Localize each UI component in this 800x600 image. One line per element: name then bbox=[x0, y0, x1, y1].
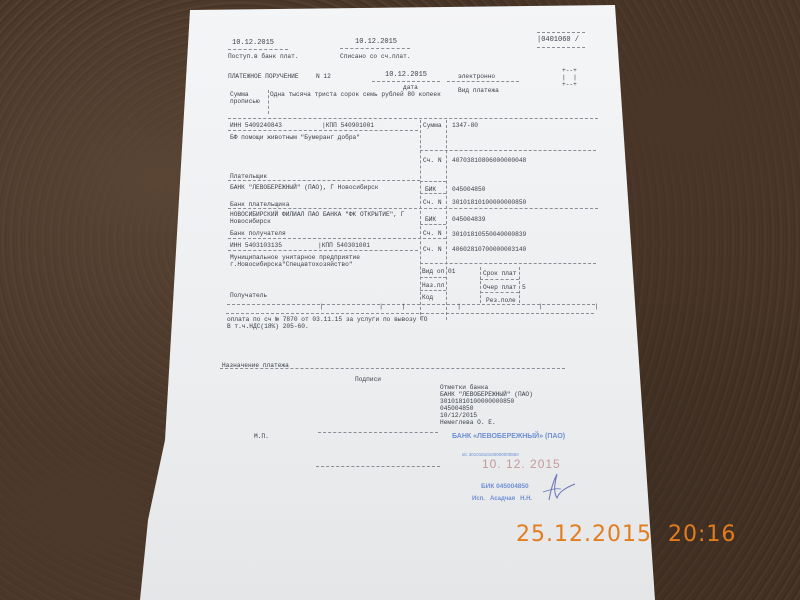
payee-label: Получатель bbox=[230, 292, 267, 299]
debited-label: Списано со сч.плат. bbox=[340, 53, 411, 60]
op-type-label: Вид оп bbox=[422, 268, 444, 275]
due-label: Срок плат bbox=[483, 270, 516, 277]
payer-amount-label: Сумма bbox=[423, 122, 442, 129]
payee-bank-bik-label: БИК bbox=[425, 216, 436, 223]
code-label: Код bbox=[422, 294, 433, 301]
payer-bank-label: Банк плательщика bbox=[230, 201, 289, 208]
received-label: Поступ.в банк плат. bbox=[228, 53, 299, 60]
stamp-date: 10. 12. 2015 bbox=[482, 461, 561, 468]
received-date: 10.12.2015 bbox=[232, 40, 274, 47]
payer-bank-account-label: Сч. N bbox=[423, 199, 442, 206]
payment-type: электронно bbox=[458, 73, 495, 80]
payee-bank-name: НОВОСИБИРСКИЙ ФИЛИАЛ ПАО БАНКА "ФК ОТКРЫ… bbox=[230, 211, 405, 225]
priority: 5 bbox=[522, 284, 526, 291]
purpose: оплата по сч № 7870 от 03.11.15 за услуг… bbox=[227, 316, 428, 330]
debited-date: 10.12.2015 bbox=[355, 39, 397, 46]
op-type: 01 bbox=[448, 268, 455, 275]
signature-icon bbox=[535, 470, 580, 506]
order-title: ПЛАТЕЖНОЕ ПОРУЧЕНИЕ bbox=[228, 73, 299, 80]
order-number: N 12 bbox=[316, 73, 331, 80]
stamp-bank: БАНК «ЛЕВОБЕРЕЖНЫЙ» (ПАО) bbox=[452, 433, 565, 440]
payee-kpp: |КПП 540301001 bbox=[318, 242, 370, 249]
payer-kpp: |КПП 540901001 bbox=[322, 122, 374, 129]
row-separators: | | | | | | bbox=[227, 303, 598, 310]
bank-marks: Отметки банка БАНК "ЛЕВОБЕРЕЖНЫЙ" (ПАО) … bbox=[440, 384, 533, 426]
payer-account-label: Сч. N bbox=[423, 157, 442, 164]
payer-amount: 1347-80 bbox=[452, 122, 478, 129]
payee-bank-account-label: Сч. N bbox=[423, 230, 442, 237]
payee-name: Муниципальное унитарное предприятие г.Но… bbox=[230, 254, 360, 268]
payee-account: 40602810700000003140 bbox=[452, 246, 526, 253]
priority-label: Очер плат bbox=[483, 284, 516, 291]
order-date-label: дата bbox=[403, 84, 418, 91]
form-code: |0401060 / bbox=[537, 37, 579, 44]
photo-timestamp: 25.12.2015 20:16 bbox=[516, 522, 736, 547]
purpose-code-label: Наз.пл bbox=[422, 282, 444, 289]
payer-bank-bik: 045004850 bbox=[452, 186, 485, 193]
seal-label: М.П. bbox=[254, 433, 269, 440]
payer-label: Плательщик bbox=[230, 173, 267, 180]
status-box: +--+ | | +--+ bbox=[562, 67, 577, 88]
payer-name: БФ помощи животным "Бумеранг добра" bbox=[230, 134, 360, 141]
stamp-executor: Исп. Асадчая Н.Н. bbox=[472, 496, 532, 503]
order-date: 10.12.2015 bbox=[385, 72, 427, 79]
payer-bank-bik-label: БИК bbox=[425, 186, 436, 193]
payer-account: 40703810806000000048 bbox=[452, 157, 526, 164]
payee-bank-account: 30101810550040000839 bbox=[452, 231, 526, 238]
payer-bank-account: 30101810100000000850 bbox=[452, 199, 526, 206]
payment-type-label: Вид платежа bbox=[458, 87, 499, 94]
stamp-bik: БИК 045004850 bbox=[481, 483, 529, 490]
payee-bank-bik: 045004839 bbox=[452, 216, 485, 223]
amount-words: Одна тысяча триста сорок семь рублей 80 … bbox=[270, 91, 441, 98]
amount-words-label: Сумма прописью bbox=[230, 91, 260, 105]
payee-inn: ИНН 5403103135 bbox=[230, 242, 282, 249]
payer-bank-name: БАНК "ЛЕВОБЕРЕЖНЫЙ" (ПАО), Г Новосибирск bbox=[230, 184, 379, 191]
payee-bank-label: Банк получателя bbox=[230, 230, 286, 237]
payment-order-document: 10.12.2015 Поступ.в банк плат. 10.12.201… bbox=[0, 0, 800, 600]
signatures-label: Подписи bbox=[355, 376, 381, 383]
payee-account-label: Сч. N bbox=[423, 246, 442, 253]
payer-inn: ИНН 5409240843 bbox=[230, 122, 282, 129]
